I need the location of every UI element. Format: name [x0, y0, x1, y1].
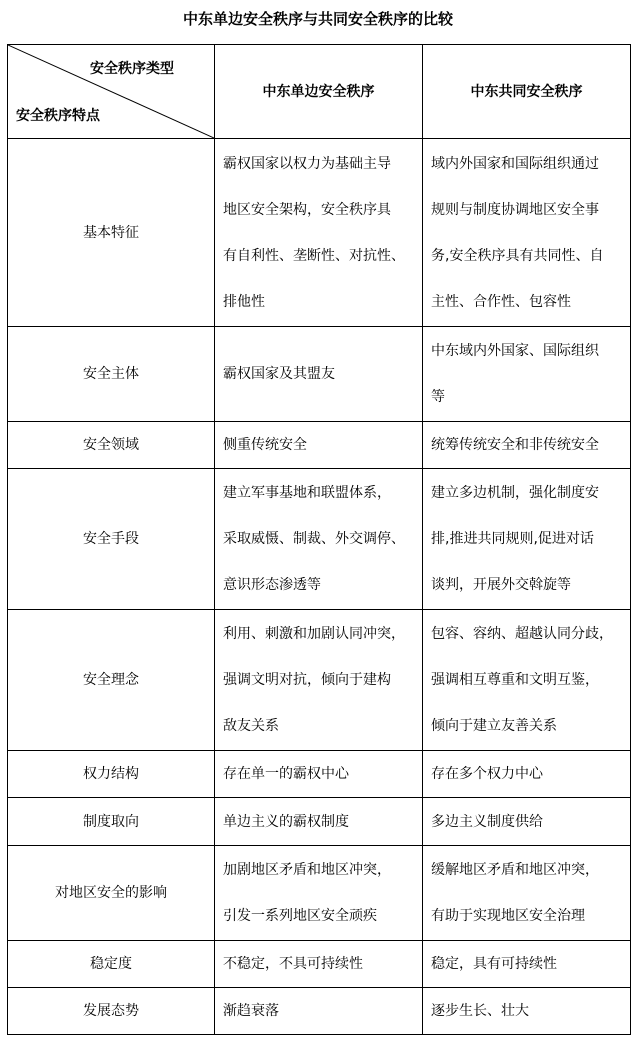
table-row: 制度取向 单边主义的霸权制度 多边主义制度供给: [8, 798, 631, 846]
cell-line: 存在多个权力中心: [431, 751, 622, 797]
unilateral-cell: 存在单一的霸权中心: [215, 751, 423, 798]
row-label: 安全理念: [8, 610, 215, 751]
cell-line: 强调相互尊重和文明互鉴，: [431, 657, 622, 703]
cell-line: 缓解地区矛盾和地区冲突，: [431, 847, 622, 893]
corner-header-cell: 安全秩序类型 安全秩序特点: [8, 45, 215, 139]
comparison-table: 安全秩序类型 安全秩序特点 中东单边安全秩序 中东共同安全秩序 基本特征 霸权国…: [7, 44, 631, 1035]
unilateral-cell: 不稳定，不具可持续性: [215, 941, 423, 988]
cell-line: 逐步生长、壮大: [431, 988, 622, 1034]
cell-line: 主性、合作性、包容性: [431, 279, 622, 325]
common-cell: 稳定，具有可持续性: [423, 941, 631, 988]
cell-line: 有助于实现地区安全治理: [431, 893, 622, 939]
cell-line: 域内外国家和国际组织通过: [431, 141, 622, 187]
cell-line: 单边主义的霸权制度: [223, 799, 414, 845]
cell-line: 霸权国家以权力为基础主导: [223, 141, 414, 187]
cell-line: 务,安全秩序具有共同性、自: [431, 233, 622, 279]
cell-line: 建立多边机制，强化制度安: [431, 470, 622, 516]
table-row: 安全手段 建立军事基地和联盟体系， 采取威慑、制裁、外交调停、 意识形态渗透等 …: [8, 469, 631, 610]
corner-label-feature: 安全秩序特点: [16, 106, 100, 126]
common-cell: 建立多边机制，强化制度安 排,推进共同规则,促进对话 谈判，开展外交斡旋等: [423, 469, 631, 610]
common-cell: 域内外国家和国际组织通过 规则与制度协调地区安全事 务,安全秩序具有共同性、自 …: [423, 139, 631, 327]
cell-line: 谈判，开展外交斡旋等: [431, 562, 622, 608]
cell-line: 中东域内外国家、国际组织: [431, 328, 622, 374]
unilateral-cell: 利用、刺激和加剧认同冲突， 强调文明对抗，倾向于建构 敌友关系: [215, 610, 423, 751]
cell-line: 意识形态渗透等: [223, 562, 414, 608]
unilateral-cell: 单边主义的霸权制度: [215, 798, 423, 846]
cell-line: 采取威慑、制裁、外交调停、: [223, 516, 414, 562]
cell-line: 建立军事基地和联盟体系，: [223, 470, 414, 516]
cell-line: 霸权国家及其盟友: [223, 351, 414, 397]
column-header-common: 中东共同安全秩序: [423, 45, 631, 139]
cell-line: 统筹传统安全和非传统安全: [431, 422, 622, 468]
unilateral-cell: 渐趋衰落: [215, 988, 423, 1035]
table-row: 安全理念 利用、刺激和加剧认同冲突， 强调文明对抗，倾向于建构 敌友关系 包容、…: [8, 610, 631, 751]
cell-line: 包容、容纳、超越认同分歧，: [431, 611, 622, 657]
cell-line: 引发一系列地区安全顽疾: [223, 893, 414, 939]
cell-line: 等: [431, 374, 622, 420]
row-label: 权力结构: [8, 751, 215, 798]
unilateral-cell: 霸权国家及其盟友: [215, 327, 423, 422]
common-cell: 中东域内外国家、国际组织 等: [423, 327, 631, 422]
cell-line: 有自利性、垄断性、对抗性、: [223, 233, 414, 279]
cell-line: 地区安全架构，安全秩序具: [223, 187, 414, 233]
cell-line: 强调文明对抗，倾向于建构: [223, 657, 414, 703]
common-cell: 多边主义制度供给: [423, 798, 631, 846]
row-label: 发展态势: [8, 988, 215, 1035]
row-label: 对地区安全的影响: [8, 846, 215, 941]
unilateral-cell: 侧重传统安全: [215, 422, 423, 469]
table-row: 基本特征 霸权国家以权力为基础主导 地区安全架构，安全秩序具 有自利性、垄断性、…: [8, 139, 631, 327]
unilateral-cell: 建立军事基地和联盟体系， 采取威慑、制裁、外交调停、 意识形态渗透等: [215, 469, 423, 610]
cell-line: 规则与制度协调地区安全事: [431, 187, 622, 233]
unilateral-cell: 霸权国家以权力为基础主导 地区安全架构，安全秩序具 有自利性、垄断性、对抗性、 …: [215, 139, 423, 327]
corner-label-type: 安全秩序类型: [90, 59, 174, 79]
column-header-unilateral: 中东单边安全秩序: [215, 45, 423, 139]
row-label: 安全主体: [8, 327, 215, 422]
cell-line: 排,推进共同规则,促进对话: [431, 516, 622, 562]
cell-line: 利用、刺激和加剧认同冲突，: [223, 611, 414, 657]
row-label: 稳定度: [8, 941, 215, 988]
row-label: 制度取向: [8, 798, 215, 846]
table-row: 对地区安全的影响 加剧地区矛盾和地区冲突， 引发一系列地区安全顽疾 缓解地区矛盾…: [8, 846, 631, 941]
table-row: 安全领域 侧重传统安全 统筹传统安全和非传统安全: [8, 422, 631, 469]
row-label: 基本特征: [8, 139, 215, 327]
common-cell: 缓解地区矛盾和地区冲突， 有助于实现地区安全治理: [423, 846, 631, 941]
cell-line: 渐趋衰落: [223, 988, 414, 1034]
table-row: 权力结构 存在单一的霸权中心 存在多个权力中心: [8, 751, 631, 798]
row-label: 安全领域: [8, 422, 215, 469]
cell-line: 倾向于建立友善关系: [431, 703, 622, 749]
common-cell: 统筹传统安全和非传统安全: [423, 422, 631, 469]
table-title: 中东单边安全秩序与共同安全秩序的比较: [0, 8, 636, 30]
table-row: 稳定度 不稳定，不具可持续性 稳定，具有可持续性: [8, 941, 631, 988]
cell-line: 不稳定，不具可持续性: [223, 941, 414, 987]
header-row: 安全秩序类型 安全秩序特点 中东单边安全秩序 中东共同安全秩序: [8, 45, 631, 139]
common-cell: 逐步生长、壮大: [423, 988, 631, 1035]
cell-line: 存在单一的霸权中心: [223, 751, 414, 797]
unilateral-cell: 加剧地区矛盾和地区冲突， 引发一系列地区安全顽疾: [215, 846, 423, 941]
cell-line: 加剧地区矛盾和地区冲突，: [223, 847, 414, 893]
cell-line: 敌友关系: [223, 703, 414, 749]
table-row: 发展态势 渐趋衰落 逐步生长、壮大: [8, 988, 631, 1035]
cell-line: 稳定，具有可持续性: [431, 941, 622, 987]
cell-line: 侧重传统安全: [223, 422, 414, 468]
table-row: 安全主体 霸权国家及其盟友 中东域内外国家、国际组织 等: [8, 327, 631, 422]
common-cell: 包容、容纳、超越认同分歧， 强调相互尊重和文明互鉴， 倾向于建立友善关系: [423, 610, 631, 751]
cell-line: 排他性: [223, 279, 414, 325]
row-label: 安全手段: [8, 469, 215, 610]
cell-line: 多边主义制度供给: [431, 799, 622, 845]
common-cell: 存在多个权力中心: [423, 751, 631, 798]
